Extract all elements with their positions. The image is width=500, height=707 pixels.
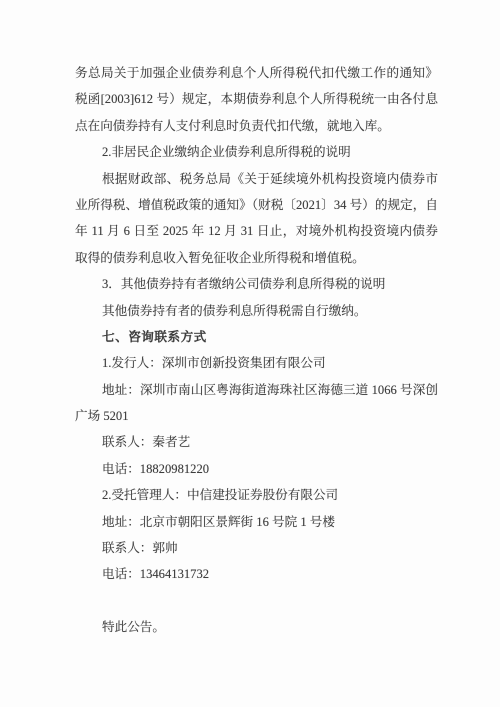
trustee-name-line: 2.受托管理人：中信建投证券股份有限公司 [75,482,438,508]
trustee-contact-person-line: 联系人：郭帅 [75,535,438,561]
issuer-address-line-1: 地址：深圳市南山区粤海街道海珠社区海德三道 1066 号深创投 [75,377,438,403]
para-individual-tax-cont-line-2: 税函[2003]612 号）规定，本期债券利息个人所得税统一由各付息网 [75,86,438,112]
document-body: 务总局关于加强企业债券利息个人所得税代扣代缴工作的通知》（国 税函[2003]6… [75,60,438,641]
para-nonresident-tax-line-4: 取得的债券利息收入暂免征收企业所得税和增值税。 [75,245,438,271]
heading-nonresident-enterprise-tax: 2.非居民企业缴纳企业债券利息所得税的说明 [75,139,438,165]
closing-announcement-line: 特此公告。 [75,614,438,640]
issuer-contact-person-line: 联系人：秦者艺 [75,429,438,455]
para-nonresident-tax-line-3: 年 11 月 6 日至 2025 年 12 月 31 日止，对境外机构投资境内债… [75,218,438,244]
document-page: 务总局关于加强企业债券利息个人所得税代扣代缴工作的通知》（国 税函[2003]6… [0,0,500,707]
issuer-name-line: 1.发行人：深圳市创新投资集团有限公司 [75,350,438,376]
para-nonresident-tax-line-1: 根据财政部、税务总局《关于延续境外机构投资境内债券市场企 [75,166,438,192]
para-other-holders-tax: 其他债券持有者的债券利息所得税需自行缴纳。 [75,298,438,324]
heading-other-holders-tax: 3．其他债券持有者缴纳公司债券利息所得税的说明 [75,271,438,297]
section-heading-contact-info: 七、咨询联系方式 [75,324,438,350]
trustee-phone-line: 电话：13464131732 [75,561,438,587]
para-individual-tax-cont-line-1: 务总局关于加强企业债券利息个人所得税代扣代缴工作的通知》（国 [75,60,438,86]
trustee-address-line: 地址：北京市朝阳区景辉街 16 号院 1 号楼 [75,509,438,535]
para-individual-tax-cont-line-3: 点在向债券持有人支付利息时负责代扣代缴，就地入库。 [75,113,438,139]
para-nonresident-tax-line-2: 业所得税、增值税政策的通知》（财税〔2021〕34 号）的规定，自 2021 [75,192,438,218]
issuer-phone-line: 电话：18820981220 [75,456,438,482]
issuer-address-line-2: 广场 5201 [75,403,438,429]
